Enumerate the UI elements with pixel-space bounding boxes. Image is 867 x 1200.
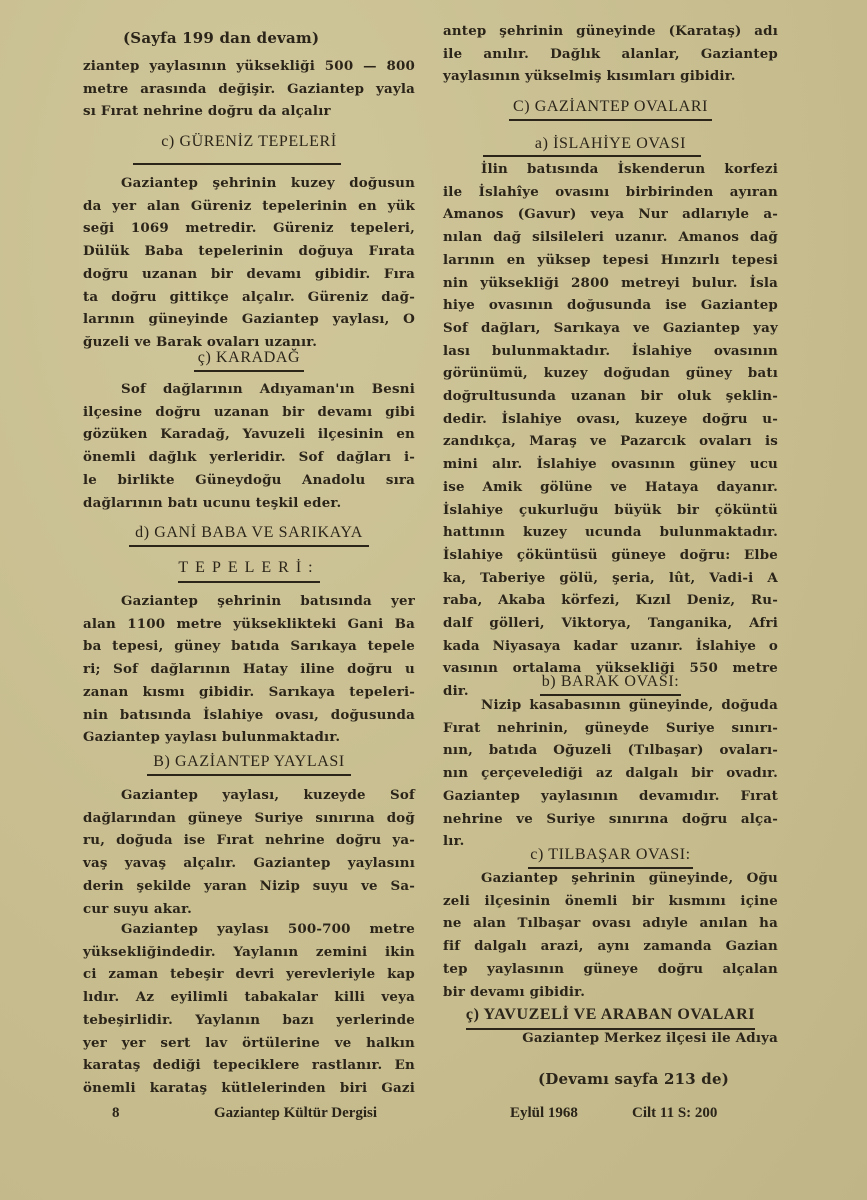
- continued-from-note: (Sayfa 199 dan devam): [123, 27, 319, 50]
- section-heading-islahiye: a) İSLAHİYE OVASI: [443, 133, 778, 156]
- section-heading-yavuzeli: ç) YAVUZELİ VE ARABAN OVALARI: [443, 1004, 778, 1030]
- issue-date: Eylül 1968: [510, 1105, 578, 1122]
- section-heading-gaziantep-yaylasi: B) GAZİANTEP YAYLASI: [83, 751, 415, 776]
- yayla-paragraph-1: Gaziantep yaylası, kuzeyde Sof dağlarınd…: [83, 784, 415, 920]
- gani-baba-paragraph: Gaziantep şehrinin batısında yer alan 11…: [83, 590, 415, 749]
- gureniz-paragraph: Gaziantep şehrinin kuzey doğusun da yer …: [83, 172, 415, 354]
- section-heading-tepeleri: TEPELERİ:: [83, 557, 415, 583]
- section-heading-karadag: ç) KARADAĞ: [83, 347, 415, 372]
- yayla-paragraph-2: Gaziantep yaylası 500-700 metre yüksekli…: [83, 918, 415, 1100]
- section-heading-gani-baba: d) GANİ BABA VE SARIKAYA: [83, 522, 415, 547]
- intro-paragraph: ziantep yaylasının yüksekliği 500 — 800 …: [83, 55, 415, 123]
- karadag-paragraph: Sof dağlarının Adıyaman'ın Besni ilçesin…: [83, 378, 415, 514]
- right-intro-paragraph: antep şehrinin güneyinde (Karataş) adı i…: [443, 20, 778, 88]
- heading-rule: [133, 163, 341, 165]
- continued-to-note: (Devamı sayfa 213 de): [538, 1068, 729, 1091]
- issue-volume: Cilt 11 S: 200: [632, 1105, 717, 1122]
- section-heading-gureniz: c) GÜRENİZ TEPELERİ: [83, 131, 415, 154]
- yavuzeli-paragraph: Gaziantep Merkez ilçesi ile Adıya: [443, 1027, 778, 1050]
- section-heading-tilbasar: c) TILBAŞAR OVASI:: [443, 844, 778, 869]
- heading-rule: [483, 155, 701, 157]
- publication-title: Gaziantep Kültür Dergisi: [214, 1105, 377, 1122]
- islahiye-paragraph: İlin batısında İskenderun korfezi ile İs…: [443, 158, 778, 703]
- tilbasar-paragraph: Gaziantep şehrinin güneyinde, Oğu zeli i…: [443, 867, 778, 1003]
- barak-paragraph: Nizip kasabasının güneyinde, doğuda Fıra…: [443, 694, 778, 853]
- section-heading-gaziantep-ovalari: C) GAZİANTEP OVALARI: [443, 96, 778, 121]
- section-heading-barak: b) BARAK OVASI:: [443, 671, 778, 696]
- page-number: 8: [112, 1105, 120, 1122]
